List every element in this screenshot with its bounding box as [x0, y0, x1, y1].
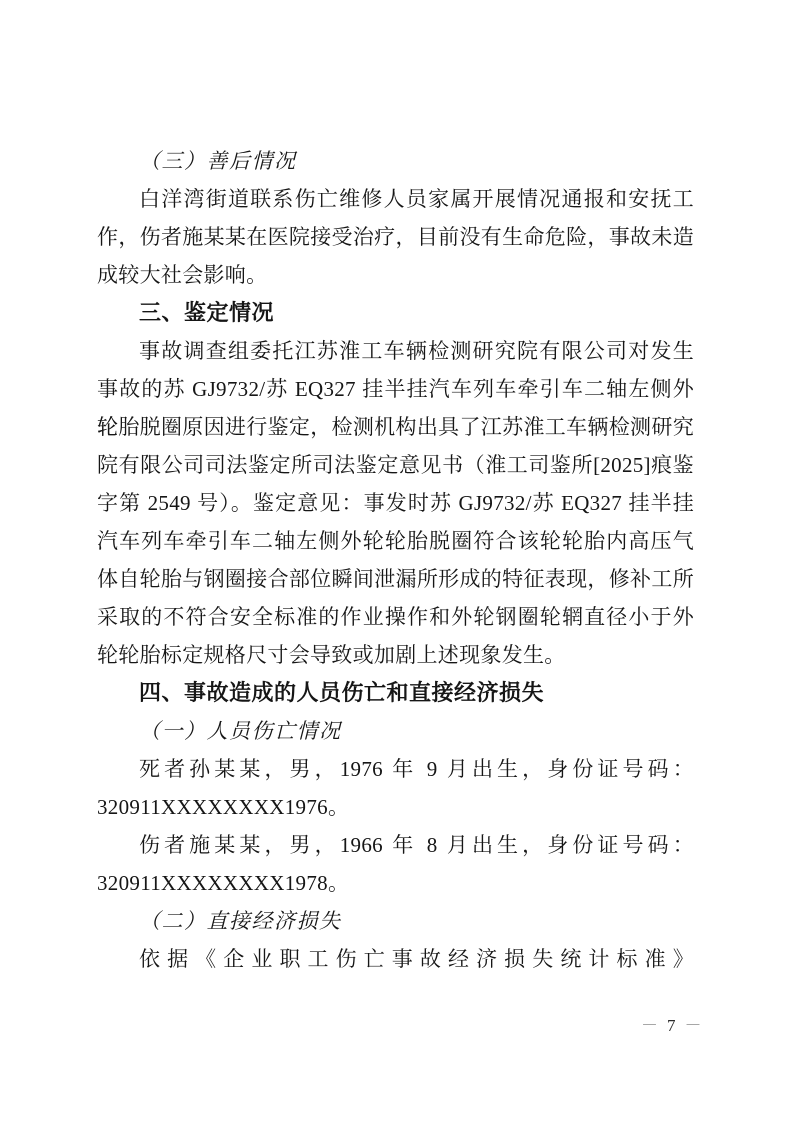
paragraph-line: 成较大社会影响。 [97, 256, 694, 294]
footer-right-dash: － [685, 1014, 702, 1038]
paragraph-line: 轮胎脱圈原因进行鉴定，检测机构出具了江苏淮工车辆检测研究 [97, 408, 694, 446]
paragraph-line: 采取的不符合安全标准的作业操作和外轮钢圈轮辋直径小于外 [97, 598, 694, 636]
subsection-heading-aftermath: （三）善后情况 [97, 142, 694, 180]
paragraph-line: 体自轮胎与钢圈接合部位瞬间泄漏所形成的特征表现，修补工所 [97, 560, 694, 598]
paragraph-line: 轮轮胎标定规格尺寸会导致或加剧上述现象发生。 [97, 636, 694, 674]
section-heading-casualties-and-losses: 四、事故造成的人员伤亡和直接经济损失 [97, 674, 694, 712]
paragraph-line: 伤者施某某，男，1966 年 8 月出生，身份证号码： [97, 826, 694, 864]
footer-left-dash: － [641, 1014, 658, 1038]
paragraph-line: 字第 2549 号）。鉴定意见：事发时苏 GJ9732/苏 EQ327 挂半挂 [97, 484, 694, 522]
subsection-heading-casualties: （一）人员伤亡情况 [97, 712, 694, 750]
section-heading-appraisal: 三、鉴定情况 [97, 294, 694, 332]
paragraph-line: 白洋湾街道联系伤亡维修人员家属开展情况通报和安抚工 [97, 180, 694, 218]
document-body: （三）善后情况 白洋湾街道联系伤亡维修人员家属开展情况通报和安抚工 作，伤者施某… [97, 142, 694, 978]
paragraph-line: 作，伤者施某某在医院接受治疗，目前没有生命危险，事故未造 [97, 218, 694, 256]
paragraph-line: 事故调查组委托江苏淮工车辆检测研究院有限公司对发生 [97, 332, 694, 370]
paragraph-line: 事故的苏 GJ9732/苏 EQ327 挂半挂汽车列车牵引车二轴左侧外轮 [97, 370, 694, 408]
document-page: （三）善后情况 白洋湾街道联系伤亡维修人员家属开展情况通报和安抚工 作，伤者施某… [0, 0, 793, 1122]
paragraph-line: 320911XXXXXXXX1976。 [97, 788, 694, 826]
paragraph-line: 汽车列车牵引车二轴左侧外轮轮胎脱圈符合该轮轮胎内高压气 [97, 522, 694, 560]
paragraph-line: 院有限公司司法鉴定所司法鉴定意见书（淮工司鉴所[2025]痕鉴 [97, 446, 694, 484]
page-number-footer: － 7 － [641, 1014, 702, 1038]
paragraph-line: 死者孙某某，男，1976 年 9 月出生，身份证号码： [97, 750, 694, 788]
page-number: 7 [667, 1014, 676, 1038]
paragraph-line: 依据《企业职工伤亡事故经济损失统计标准》 [97, 940, 694, 978]
subsection-heading-direct-economic-loss: （二）直接经济损失 [97, 902, 694, 940]
paragraph-line: 320911XXXXXXXX1978。 [97, 864, 694, 902]
